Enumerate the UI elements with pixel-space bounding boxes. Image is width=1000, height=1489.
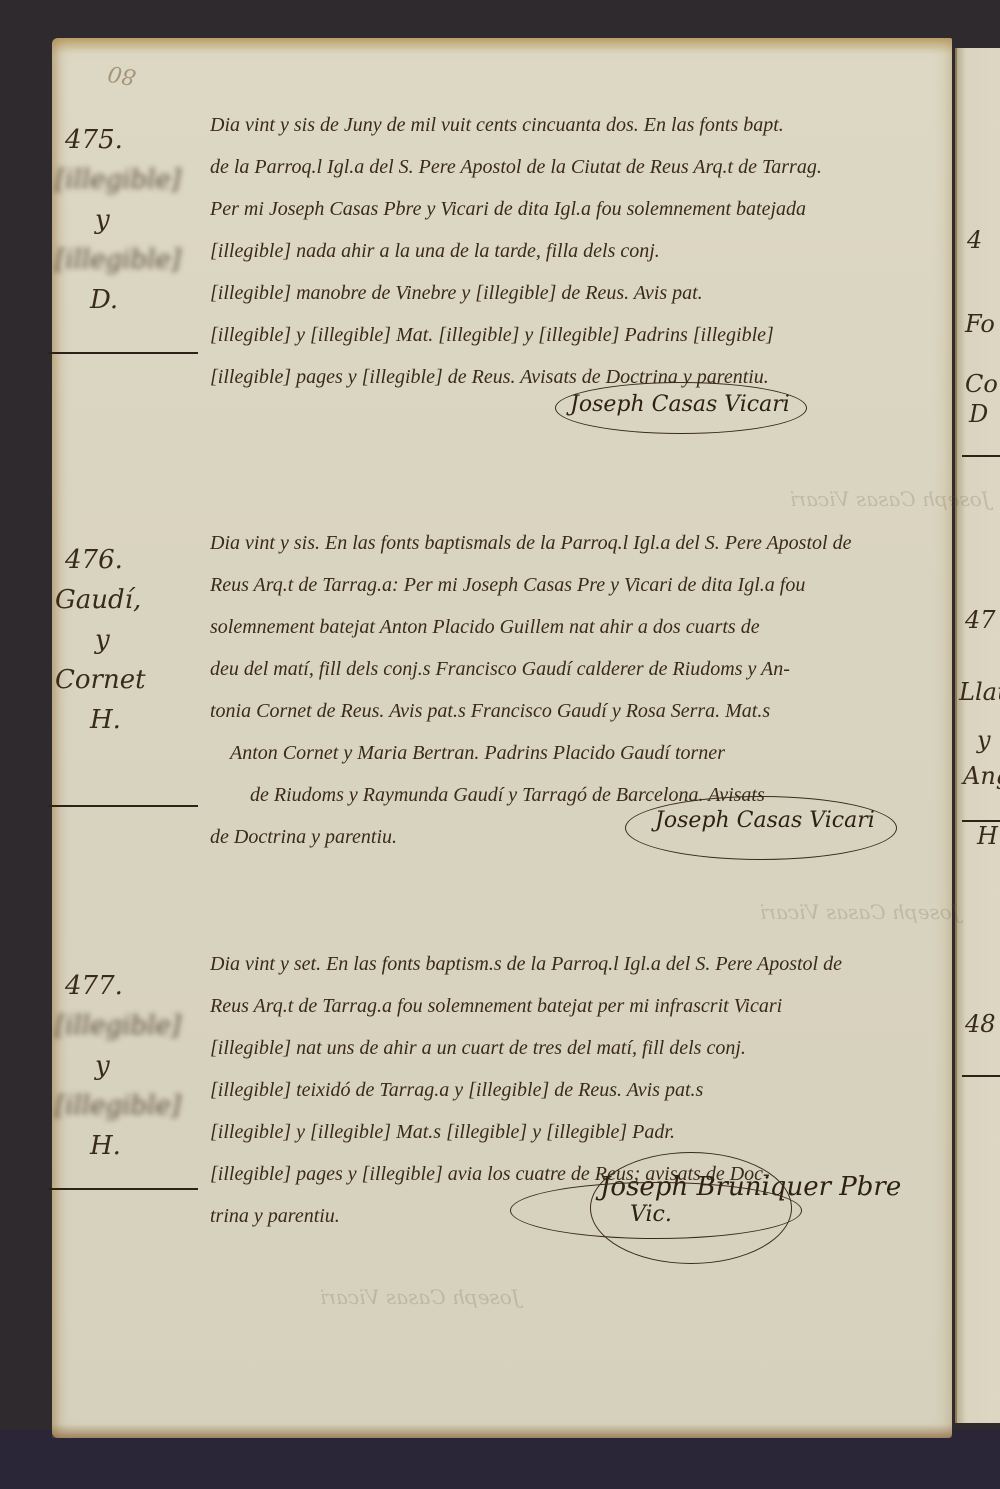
adjacent-fragment: Ang (963, 762, 1000, 790)
signature: Joseph Casas Vicari (655, 808, 875, 833)
adjacent-fragment: H. (977, 822, 1000, 850)
signature-flourish (590, 1152, 792, 1264)
entry-line: tonia Cornet de Reus. Avis pat.s Francis… (210, 690, 945, 732)
entry-separator (48, 1188, 198, 1190)
adjacent-fragment: Co (965, 370, 998, 398)
entry-margin: 475. [illegible] y [illegible] D. (55, 120, 195, 320)
folio-number: 80 (106, 60, 138, 89)
entry-line: Reus Arq.t de Tarrag.a fou solemnement b… (210, 985, 945, 1027)
margin-conjunction: y (95, 200, 195, 240)
entry-line: [illegible] y [illegible] Mat.s [illegib… (210, 1111, 945, 1153)
entry-line: Dia vint y set. En las fonts baptism.s d… (210, 943, 945, 985)
entry-line: Per mi Joseph Casas Pbre y Vicari de dit… (210, 188, 945, 230)
margin-letter: H. (90, 1126, 195, 1166)
adjacent-fragment: D (969, 400, 988, 428)
adjacent-fragment: 4 (967, 226, 982, 254)
entry-line: solemnement batejat Anton Placido Guille… (210, 606, 945, 648)
adjacent-page: 4 Fo Co D 47 Llau y Ang H. 48 (955, 48, 1000, 1423)
entry-number: 475. (65, 120, 195, 160)
entry-line: Dia vint y sis de Juny de mil vuit cents… (210, 104, 945, 146)
entry-margin: 477. [illegible] y [illegible] H. (55, 966, 195, 1166)
entry-line: de la Parroq.l Igl.a del S. Pere Apostol… (210, 146, 945, 188)
entry-number: 477. (65, 966, 195, 1006)
margin-surname-2: [illegible] (55, 240, 195, 280)
margin-letter: H. (90, 700, 195, 740)
entry-line: [illegible] nat uns de ahir a un cuart d… (210, 1027, 945, 1069)
signature: Joseph Bruniquer Pbre Vic. (600, 1172, 901, 1227)
adjacent-fragment: 48 (965, 1010, 996, 1038)
entry-line: [illegible] y [illegible] Mat. [illegibl… (210, 314, 945, 356)
entry-separator (48, 805, 198, 807)
entry-line: Anton Cornet y Maria Bertran. Padrins Pl… (210, 732, 945, 774)
scan-backdrop (0, 1430, 1000, 1489)
bleed-through-signature: Joseph Casas Vicari (320, 1285, 520, 1309)
margin-conjunction: y (95, 1046, 195, 1086)
margin-letter: D. (90, 280, 195, 320)
signature-flourish (555, 382, 807, 434)
adjacent-fragment: 47 (965, 606, 996, 634)
entry-line: [illegible] nada ahir a la una de la tar… (210, 230, 945, 272)
margin-surname-1: [illegible] (55, 160, 195, 200)
adjacent-margin-rule (962, 455, 1000, 457)
entry-line: [illegible] manobre de Vinebre y [illegi… (210, 272, 945, 314)
bleed-through-signature: Joseph Casas Vicari (760, 900, 960, 924)
margin-surname-1: Gaudí, (55, 580, 195, 620)
entry-line: Reus Arq.t de Tarrag.a: Per mi Joseph Ca… (210, 564, 945, 606)
bleed-through-signature: Joseph Casas Vicari (790, 487, 990, 511)
adjacent-margin-rule (962, 820, 1000, 822)
entry-separator (48, 352, 198, 354)
signature: Joseph Casas Vicari (570, 392, 790, 417)
entry-line: [illegible] teixidó de Tarrag.a y [illeg… (210, 1069, 945, 1111)
adjacent-fragment: Fo (965, 310, 995, 338)
entry-number: 476. (65, 540, 195, 580)
adjacent-fragment: y (977, 726, 991, 754)
adjacent-fragment: Llau (959, 678, 1000, 706)
margin-surname-2: Cornet (55, 660, 195, 700)
entry-margin: 476. Gaudí, y Cornet H. (55, 540, 195, 740)
signature-flourish (625, 796, 897, 860)
margin-surname-2: [illegible] (55, 1086, 195, 1126)
entry-line: Dia vint y sis. En las fonts baptismals … (210, 522, 945, 564)
entry-line: deu del matí, fill dels conj.s Francisco… (210, 648, 945, 690)
adjacent-margin-rule (962, 1075, 1000, 1077)
entry-text: Dia vint y sis de Juny de mil vuit cents… (210, 104, 945, 398)
margin-conjunction: y (95, 620, 195, 660)
margin-surname-1: [illegible] (55, 1006, 195, 1046)
